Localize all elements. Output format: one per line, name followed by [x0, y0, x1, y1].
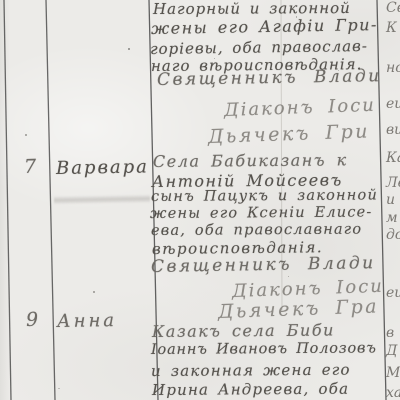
record-line: Казакъ села Биби	[152, 320, 335, 341]
entry-number: 9	[26, 309, 39, 331]
record-line: сынъ Пацукъ и законной	[151, 187, 378, 205]
record-line: жены его Агафіи Гри-	[151, 15, 378, 38]
record-line: и законная жена его	[151, 361, 351, 380]
margin-fragment: еи	[386, 285, 400, 301]
margin-fragment: Ле	[386, 175, 400, 191]
margin-fragment: ви	[386, 122, 400, 138]
record-line: Іоаннъ Ивановъ Полозовъ	[151, 340, 377, 358]
margin-fragment: и	[386, 192, 395, 208]
margin-fragment: Ка	[386, 150, 400, 166]
margin-fragment: до	[386, 227, 400, 243]
record-line: Села Бабиказанъ к	[153, 150, 348, 171]
paper-speckle	[128, 48, 130, 50]
paper-speckle	[93, 291, 95, 293]
margin-fragment: еи	[386, 96, 400, 112]
scanned-register-page: 7 Варвара 9 Анна Нагорный и законной жен…	[0, 0, 400, 400]
margin-fragment: в	[386, 325, 394, 341]
entry-number: 7	[24, 156, 37, 178]
paper-speckle	[58, 388, 60, 389]
record-line: Ирина Андреева, оба	[152, 380, 349, 399]
margin-fragment: ха	[386, 385, 400, 400]
margin-fragment: м	[386, 210, 398, 226]
record-line-priest: Священникъ Влади	[151, 253, 376, 277]
record-line: ева, оба православнаго	[151, 222, 362, 239]
margin-fragment: но	[386, 60, 400, 76]
margin-fragment: Д	[386, 343, 397, 359]
record-line-priest: Священникъ Влади	[157, 66, 382, 90]
paper-speckle	[25, 134, 27, 136]
entry-name: Анна	[57, 310, 117, 332]
margin-fragment: Св	[386, 0, 400, 16]
entry-name: Варвара	[56, 156, 149, 179]
margin-fragment: М	[386, 365, 400, 381]
margin-fragment: К	[386, 20, 397, 36]
record-line: жены его Ксеніи Елисе-	[150, 204, 373, 222]
erased-pencil-smudge	[54, 194, 150, 205]
paper-speckle	[288, 276, 289, 277]
